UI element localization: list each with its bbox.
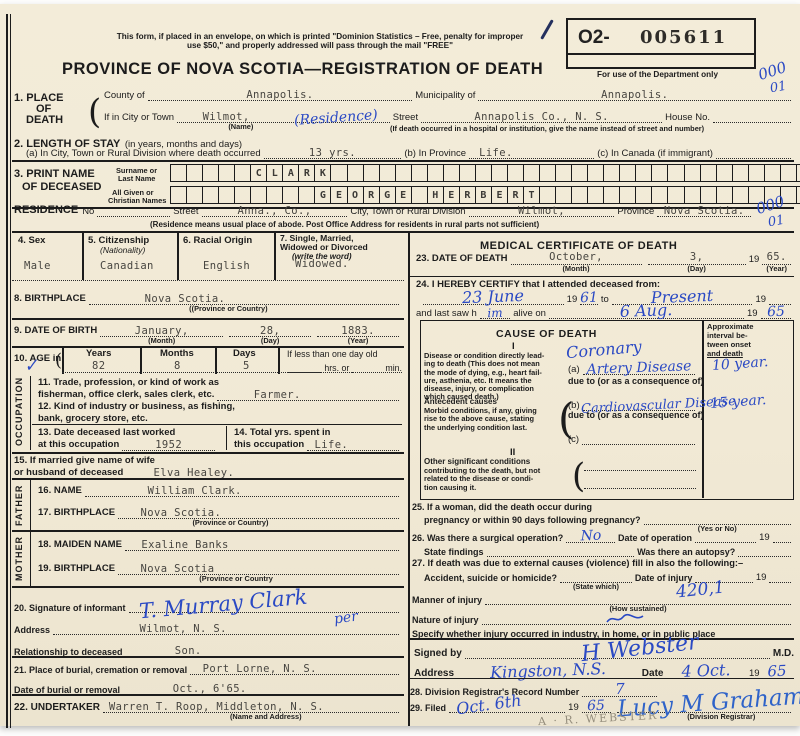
grid-cell: E	[443, 186, 460, 204]
t1314-divider	[226, 426, 227, 450]
residence-province-value: Nova Scotia.	[664, 205, 745, 217]
grid-cell: E	[330, 186, 347, 204]
q26-no-hw: No	[580, 528, 601, 545]
q27-nature-label: Nature of injury	[412, 615, 479, 625]
given-names-grid: GEORGEHERBERT	[170, 186, 800, 204]
grid-cell: O	[347, 186, 364, 204]
grid-cell	[186, 186, 203, 204]
grid-cell	[186, 164, 203, 182]
certify-from-hw: 23 June	[462, 286, 525, 307]
q25a: 25. If a woman, did the death occur duri…	[412, 502, 592, 512]
grid-cell	[507, 164, 524, 182]
cause-c-label: (c)	[568, 434, 579, 445]
q26-op-field: No	[566, 530, 615, 543]
birthplace8-field: Nova Scotia. ((Province or Country)	[89, 292, 399, 305]
residence-no-field	[97, 204, 170, 217]
certify-y1-field: 61	[580, 292, 598, 305]
racial-value: English	[203, 260, 250, 272]
dob-month-field: January, (Month)	[100, 324, 223, 337]
residence-label: RESIDENCE	[14, 204, 78, 217]
grid-cell	[716, 186, 733, 204]
q26-line1: 26. Was there a surgical operation? No D…	[412, 530, 794, 543]
grid-cell	[684, 164, 701, 182]
age-table-top	[12, 346, 404, 348]
age-vline-1	[140, 346, 142, 374]
residence-division-label: City, Town or Rural Division	[350, 206, 465, 217]
grid-cell	[539, 186, 556, 204]
mother-bp-sub: (Province or Country	[199, 574, 273, 583]
dob-line: 9. DATE OF BIRTH January, (Month) 28, (D…	[14, 324, 402, 337]
cause-a-dueto: due to (or as a consequence of)	[568, 376, 704, 386]
grid-cell	[459, 164, 476, 182]
rule-below-14	[12, 452, 404, 454]
certify-from-field: 23 June	[423, 292, 564, 305]
father-side-label: FATHER	[14, 482, 24, 528]
serial-number-box: O2- 005611	[566, 18, 756, 69]
grid-cell	[651, 164, 668, 182]
birthplace8-line: 8. BIRTHPLACE Nova Scotia. ((Province or…	[14, 292, 402, 305]
cause-c-field	[582, 432, 695, 445]
mail-notice-line1: This form, if placed in an envelope, on …	[110, 32, 530, 41]
q27-title: 27. If death was due to external causes …	[412, 558, 743, 569]
grid-cell	[234, 186, 251, 204]
grid-cell: G	[314, 186, 331, 204]
rule-below-19	[12, 586, 404, 588]
informant-label: 20. Signature of informant	[14, 603, 126, 613]
burial-place-field: Port Lorne, N. S.	[190, 662, 399, 675]
grid-cell	[796, 164, 800, 182]
last-saw-him-hw: im	[487, 306, 503, 321]
county-value: Annapolis.	[246, 89, 313, 101]
cause-c-line: (c)	[568, 432, 698, 445]
house-no-label: House No.	[665, 112, 710, 123]
grid-cell	[587, 164, 604, 182]
grid-cell	[202, 164, 219, 182]
father-name-field: William Clark.	[85, 484, 399, 497]
grid-cell: A	[282, 164, 299, 182]
stay-b-value: Life.	[479, 147, 513, 159]
grid-cell	[716, 164, 733, 182]
grid-cell	[619, 164, 636, 182]
rule-below-21	[12, 694, 404, 696]
mother-bp-line: 19. BIRTHPLACE Nova Scotia (Province or …	[38, 562, 402, 575]
father-bp-sub: (Province or Country)	[192, 518, 268, 527]
age-vline-2	[215, 346, 217, 374]
last-saw-date-field: 6 Aug.	[549, 306, 744, 319]
binding-line-outer	[6, 14, 8, 728]
street-field: Annapolis Co., N. S.	[421, 110, 662, 123]
disease-definition: Disease or condition directly lead- ing …	[424, 352, 564, 402]
cause-a-field: Artery Disease	[583, 362, 695, 375]
grid-cell	[427, 164, 444, 182]
sex-value: Male	[24, 260, 51, 272]
last-saw-2: alive on	[513, 308, 546, 319]
father-name-label: 16. NAME	[38, 486, 82, 497]
grid-cell	[266, 186, 283, 204]
other-brace: (	[572, 456, 585, 496]
printname-label-1: 3. PRINT NAME	[14, 168, 95, 181]
signed-label: Signed by	[414, 648, 462, 660]
dod-19: 19	[749, 254, 760, 265]
cause-a-line: (a) Artery Disease	[568, 362, 698, 375]
grid-cell	[619, 186, 636, 204]
grid-cell: H	[427, 186, 444, 204]
q26-autopsy-field	[738, 544, 791, 557]
q27-line1: Accident, suicide or homicide? (State wh…	[424, 570, 794, 583]
q26b: Date of operation	[618, 533, 692, 543]
grid-cell: R	[459, 186, 476, 204]
last-saw-year-field: 65	[761, 306, 791, 319]
residence-no-label: No	[82, 206, 94, 217]
q27a: Accident, suicide or homicide?	[424, 573, 557, 583]
age-vline-3	[278, 346, 280, 374]
interval-h2: interval be-	[707, 331, 789, 340]
stay-c-label: (c) In Canada (if immigrant)	[597, 148, 713, 159]
t11b: fisherman, office clerk, sales clerk, et…	[38, 390, 214, 401]
grid-cell	[282, 186, 299, 204]
grid-cell	[555, 186, 572, 204]
other-dots-2	[584, 488, 696, 489]
t14b: this occupation	[234, 440, 304, 451]
grid-cell: R	[363, 186, 380, 204]
age-days-header: Days	[233, 349, 256, 360]
county-line: County of Annapolis. Municipality of Ann…	[104, 88, 794, 101]
grid-cell	[667, 164, 684, 182]
grid-cell	[443, 164, 460, 182]
interval-h1: Approximate	[707, 322, 789, 331]
stay-line: (a) In City, Town or Rural Division wher…	[26, 146, 794, 159]
last-saw-him-field: im	[480, 306, 510, 319]
rule-below-15	[12, 478, 404, 480]
death-registration-form: This form, if placed in an envelope, on …	[0, 0, 800, 736]
informant-line: 20. Signature of informant T. Murray Cla…	[14, 600, 402, 613]
county-field: Annapolis.	[148, 88, 413, 101]
father-bp-field: Nova Scotia. (Province or Country)	[118, 506, 399, 519]
q27-19: 19	[756, 572, 767, 583]
place-brace: (	[88, 92, 101, 132]
registrar-sub: (Division Registrar)	[687, 712, 755, 721]
dob-month-sub: (Month)	[148, 336, 175, 345]
undertaker-label: 22. UNDERTAKER	[14, 702, 100, 714]
q26a: 26. Was there a surgical operation?	[412, 533, 563, 543]
mother-bp-field: Nova Scotia (Province or Country	[118, 562, 399, 575]
rule-above-dob	[12, 318, 404, 320]
stay-a-field: 13 yrs.	[264, 146, 402, 159]
father-name-line: 16. NAME William Clark.	[38, 484, 402, 497]
birthplace8-sub: ((Province or Country)	[189, 304, 267, 313]
last-saw-1: and last saw h	[416, 308, 477, 319]
age-months-value: 8	[174, 360, 181, 372]
dob-day-field: 28, (Day)	[229, 324, 311, 337]
hospital-note: (If death occurred in a hospital or inst…	[390, 124, 704, 133]
filed-date-field: Oct. 6th	[449, 700, 565, 713]
municipality-value: Annapolis.	[601, 89, 668, 101]
grid-cell	[700, 164, 717, 182]
citizenship-value: Canadian	[100, 260, 154, 272]
grid-cell: T	[523, 186, 540, 204]
grid-cell	[170, 164, 187, 182]
stay-b-label: (b) In Province	[404, 148, 466, 159]
rule-below-signed	[408, 678, 794, 679]
informant-addr-line: Address Wilmot, N. S.	[14, 622, 402, 635]
dod-day: 3,	[690, 251, 703, 263]
last-saw-date-hw: 6 Aug.	[620, 300, 673, 321]
grid-cell: R	[507, 186, 524, 204]
rule-above-name	[12, 160, 794, 162]
father-bp-line: 17. BIRTHPLACE Nova Scotia. (Province or…	[38, 506, 402, 519]
stay-a-label: (a) In City, Town or Rural Division wher…	[26, 148, 261, 159]
grid-cell	[764, 164, 781, 182]
residence-note: (Residence means usual place of abode. P…	[150, 220, 539, 229]
rule-below-17	[12, 530, 404, 532]
t14b-line: this occupation Life.	[234, 438, 402, 451]
city-street-line: If in City or Town Wilmot, (Residence) (…	[104, 110, 794, 123]
table47-vline-1	[82, 231, 84, 280]
record-number-line: 28. Division Registrar's Record Number 7	[410, 684, 660, 697]
interval-h3: tween onset	[707, 340, 789, 349]
residence-province-label: Province	[617, 206, 654, 217]
grid-cell	[603, 164, 620, 182]
age-checkmark-icon: ✓	[23, 355, 40, 377]
grid-cell	[587, 186, 604, 204]
county-label: County of	[104, 90, 145, 101]
age-years-header: Years	[86, 349, 111, 360]
dob-label: 9. DATE OF BIRTH	[14, 326, 97, 337]
grid-cell	[363, 164, 380, 182]
last-saw-line: and last saw h im alive on 6 Aug. 19 65	[416, 306, 794, 319]
mother-side-label: MOTHER	[14, 536, 24, 582]
mother-bp-label: 19. BIRTHPLACE	[38, 564, 115, 575]
table47-vline-3	[274, 231, 276, 280]
residence-street-field: Anna., Co.,	[202, 204, 348, 217]
street-label: Street	[393, 112, 418, 123]
grid-cell	[234, 164, 251, 182]
handwritten-squiggle	[605, 612, 645, 626]
occupation-vline	[30, 376, 31, 450]
signed-line: Signed by H Webster M.D.	[414, 646, 794, 659]
rule-below-residence	[12, 231, 794, 233]
certify-from-line: 23 June 19 61 to Present 19	[420, 292, 794, 305]
dod-month-sub: (Month)	[562, 264, 589, 273]
grid-cell: G	[379, 186, 396, 204]
undertaker-line: 22. UNDERTAKER Warren T. Roop, Middleton…	[14, 700, 402, 713]
stay-a-value: 13 yrs.	[309, 147, 356, 159]
q27-manner-field: (How sustained)	[485, 592, 791, 605]
age-years-value: 82	[92, 360, 105, 372]
grid-cell: B	[475, 186, 492, 204]
grid-cell	[491, 164, 508, 182]
sex-label: 4. Sex	[18, 236, 45, 247]
grid-cell	[411, 186, 428, 204]
totalyrs-field: Life.	[307, 438, 399, 451]
age-days-value: 5	[243, 360, 250, 372]
dod-day-sub: (Day)	[687, 264, 705, 273]
city-label: If in City or Town	[104, 112, 174, 123]
age-less-header: If less than one day old	[287, 349, 377, 359]
grid-cell	[523, 164, 540, 182]
filed-label: 29. Filed	[410, 703, 446, 713]
residence-line: RESIDENCE No Street Anna., Co., City, To…	[14, 204, 754, 217]
grid-cell	[330, 164, 347, 182]
q26c: State findings	[424, 547, 484, 557]
cause-a-label: (a)	[568, 364, 580, 375]
informant-addr-value: Wilmot, N. S.	[140, 623, 227, 635]
rule-below-20	[12, 656, 404, 658]
rule-below-23	[408, 276, 794, 277]
place-label-3: DEATH	[26, 114, 63, 127]
form-title: PROVINCE OF NOVA SCOTIA—REGISTRATION OF …	[62, 60, 543, 79]
grid-cell	[748, 164, 765, 182]
column-divider	[408, 231, 410, 726]
grid-cell	[170, 186, 187, 204]
certify-19a: 19	[567, 294, 578, 305]
q26-findings-field	[487, 544, 635, 557]
grid-cell	[571, 164, 588, 182]
q25-field: (Yes or No)	[644, 512, 791, 525]
surname-grid: CLARK	[170, 164, 800, 182]
informant-addr-field: Wilmot, N. S.	[53, 622, 399, 635]
mail-notice: This form, if placed in an envelope, on …	[110, 32, 530, 50]
serial-number: 005611	[640, 27, 727, 48]
grid-cell	[700, 186, 717, 204]
table47-vline-2	[177, 231, 179, 280]
other-dots-1	[584, 470, 696, 471]
municipality-label: Municipality of	[415, 90, 475, 101]
grid-cell	[635, 186, 652, 204]
filed-19: 19	[568, 702, 579, 713]
residence-province-field: Nova Scotia.	[657, 204, 751, 217]
dod-month-field: October, (Month)	[511, 252, 642, 265]
dod-day-field: 3, (Day)	[648, 252, 746, 265]
dod-label: 23. DATE OF DEATH	[416, 254, 508, 265]
stay-c-field	[716, 146, 791, 159]
grid-cell	[732, 186, 749, 204]
interval-header: Approximate interval be- tween onset and…	[707, 322, 789, 358]
residence-street-label: Street	[173, 206, 198, 217]
q26d: Was there an autopsy?	[637, 547, 735, 557]
cause-a-hw-line2: Artery Disease	[586, 358, 691, 378]
mother-name-field: Exaline Banks	[125, 538, 399, 551]
informant-addr-label: Address	[14, 625, 50, 635]
rule-13	[32, 424, 402, 425]
residence-division-field: Wilmot,	[469, 204, 615, 217]
marital-value: Widowed.	[295, 258, 349, 270]
grid-cell	[796, 186, 800, 204]
grid-cell	[684, 186, 701, 204]
grid-cell	[347, 164, 364, 182]
residence-division-value: Wilmot,	[518, 205, 565, 217]
grid-cell	[667, 186, 684, 204]
grid-cell	[379, 164, 396, 182]
grid-cell	[571, 186, 588, 204]
binding-line-inner	[10, 14, 11, 728]
burial-place-value: Port Lorne, N. S.	[203, 663, 317, 675]
printname-label-2: OF DECEASED	[22, 181, 101, 194]
city-name-sub: (Name)	[228, 122, 253, 131]
grid-cell	[298, 186, 315, 204]
dob-year-sub: (Year)	[348, 336, 369, 345]
father-vline	[30, 478, 31, 530]
grid-cell	[635, 164, 652, 182]
grid-cell	[395, 164, 412, 182]
city-field: Wilmot, (Residence) (Name)	[177, 110, 390, 123]
totalyrs-value: Life.	[315, 439, 349, 451]
department-note: For use of the Department only	[597, 70, 718, 79]
grid-cell: L	[266, 164, 283, 182]
last-saw-year-hw: 65	[767, 304, 785, 321]
q27-which-sub: (State which)	[573, 582, 619, 591]
table47-bottom-dots	[12, 280, 404, 281]
birthplace8-label: 8. BIRTHPLACE	[14, 294, 86, 305]
mother-name-value: Exaline Banks	[141, 539, 228, 551]
last-saw-19: 19	[747, 308, 758, 319]
occupation-field: Farmer.	[217, 388, 399, 401]
house-no-field	[713, 110, 791, 123]
date-of-death-line: 23. DATE OF DEATH October, (Month) 3, (D…	[416, 252, 794, 265]
lastworked-field: 1952	[122, 438, 215, 451]
certify-to: to	[601, 294, 609, 305]
mother-name-label: 18. MAIDEN NAME	[38, 540, 122, 551]
undertaker-sub: (Name and Address)	[230, 712, 302, 721]
cause-title: CAUSE OF DEATH	[496, 328, 597, 340]
grid-cell	[202, 186, 219, 204]
burial-place-line: 21. Place of burial, cremation or remova…	[14, 662, 402, 675]
dod-year: 65.	[767, 251, 787, 263]
dod-month: October,	[549, 251, 603, 263]
dod-year-field: 65. (Year)	[762, 252, 791, 265]
ant-4: the underlying condition last.	[424, 424, 564, 432]
surname-label-2: Last Name	[118, 174, 155, 183]
racial-label: 6. Racial Origin	[183, 236, 252, 247]
grid-cell	[603, 186, 620, 204]
other-conditions-text: Other significant conditions contributin…	[424, 458, 574, 492]
grid-cell	[651, 186, 668, 204]
grid-cell: K	[314, 164, 331, 182]
grid-cell	[411, 164, 428, 182]
age-brace: (	[55, 350, 62, 371]
q27-manner-line: Manner of injury (How sustained)	[412, 592, 794, 605]
md-label: M.D.	[773, 648, 794, 660]
grid-cell: E	[491, 186, 508, 204]
informant-sig-field: T. Murray Clark per	[129, 600, 399, 613]
q27-manner-label: Manner of injury	[412, 595, 482, 605]
dob-day-sub: (Day)	[261, 336, 279, 345]
age-months-header: Months	[160, 349, 194, 360]
q27-nature-line: Nature of injury	[412, 612, 794, 625]
q27-year-field	[769, 570, 791, 583]
age-bottom-dots	[62, 372, 402, 373]
occupation-side-label: OCCUPATION	[14, 380, 24, 446]
burial-place-label: 21. Place of burial, cremation or remova…	[14, 665, 187, 675]
dod-year-sub: (Year)	[766, 264, 787, 273]
q26-year-field	[773, 530, 791, 543]
grid-cell	[218, 186, 235, 204]
antecedent-text: Antecedent causes Morbid conditions, if …	[424, 398, 564, 432]
age-vline-0	[62, 346, 64, 374]
occupation-value: Farmer.	[254, 389, 301, 401]
undertaker-field: Warren T. Roop, Middleton, N. S. (Name a…	[103, 700, 399, 713]
mother-name-line: 18. MAIDEN NAME Exaline Banks	[38, 538, 402, 551]
grid-cell	[539, 164, 556, 182]
dob-year-field: 1883. (Year)	[317, 324, 399, 337]
q26-date-field	[695, 530, 756, 543]
serial-box-divider	[568, 53, 754, 55]
q26-19: 19	[759, 532, 770, 543]
q27-nature-field	[482, 612, 791, 625]
signed-field: H Webster	[465, 646, 770, 659]
certify-y1-hw: 61	[580, 290, 598, 307]
cause-b-dueto: due to (or as a consequence of)	[568, 410, 704, 420]
